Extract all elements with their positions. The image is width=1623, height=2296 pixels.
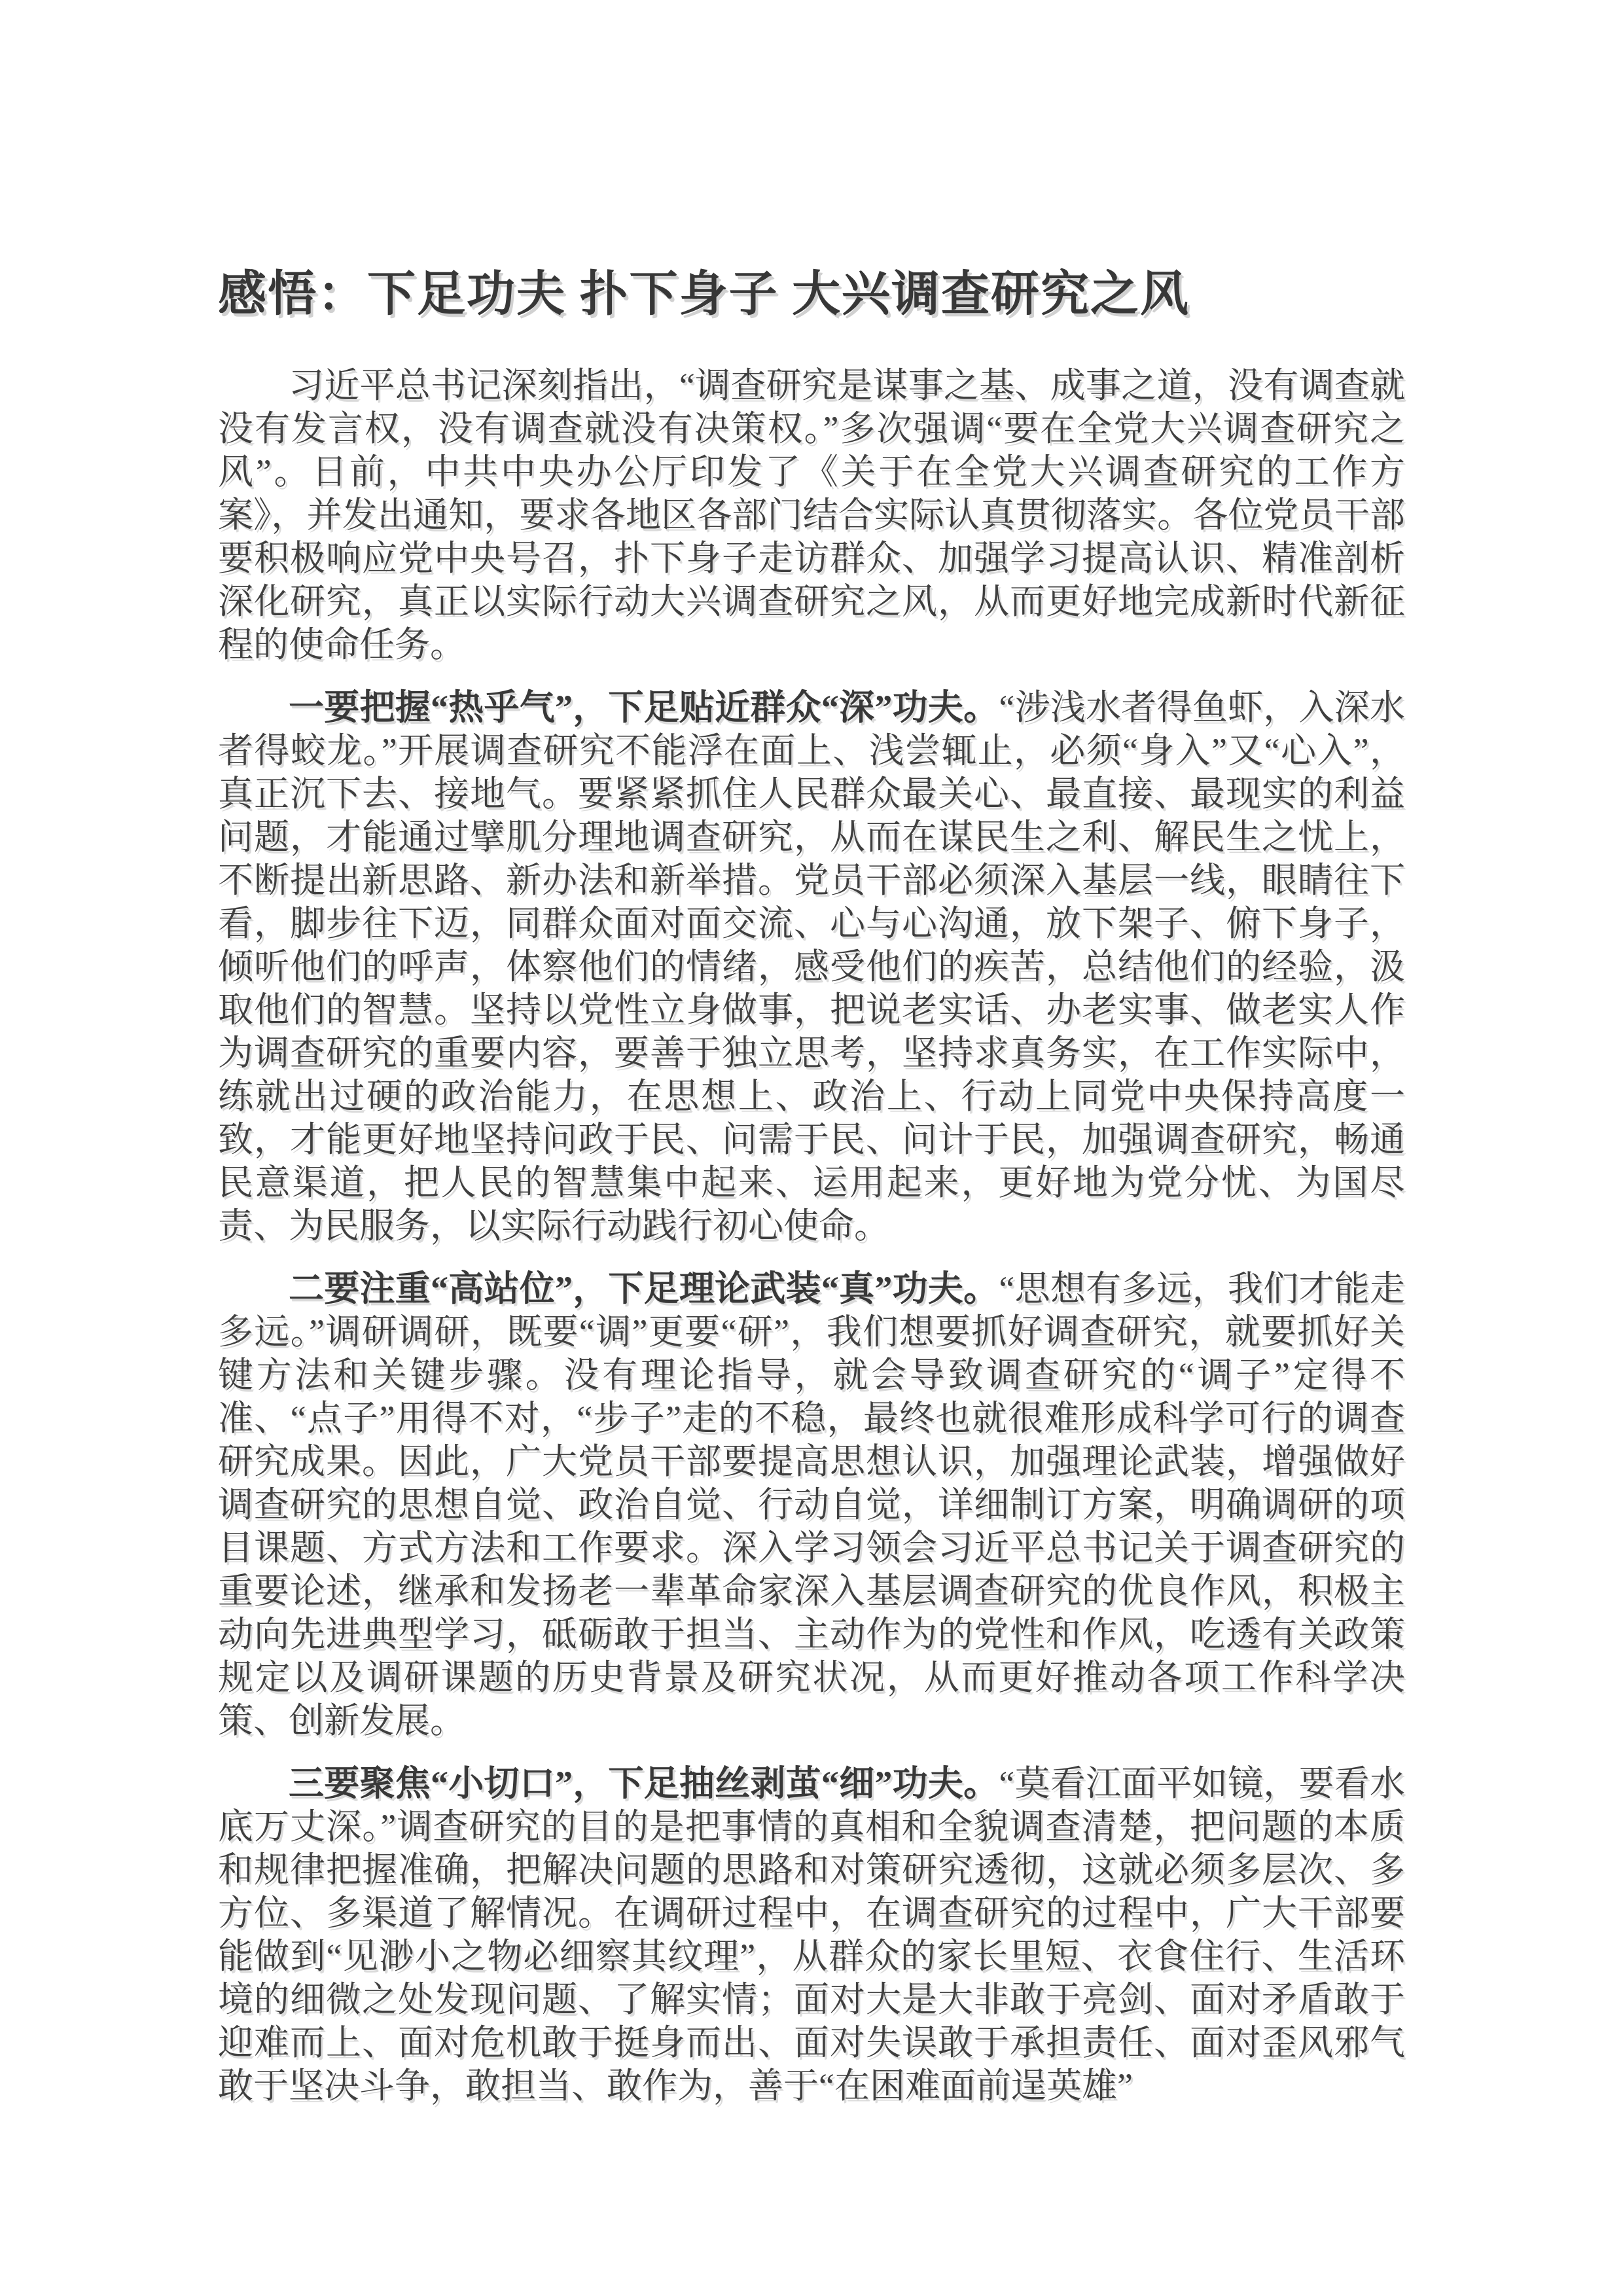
paragraph-point-2-lead: 二要注重“高站位”，下足理论武装“真”功夫。 bbox=[289, 1269, 999, 1308]
paragraph-point-3-lead: 三要聚焦“小切口”，下足抽丝剥茧“细”功夫。 bbox=[289, 1764, 999, 1803]
paragraph-point-2-body: “思想有多远，我们才能走多远。”调研调研，既要“调”更要“研”，我们想要抓好调查… bbox=[218, 1269, 1405, 1740]
paragraph-point-3: 三要聚焦“小切口”，下足抽丝剥茧“细”功夫。“莫看江面平如镜，要看水底万丈深。”… bbox=[218, 1762, 1405, 2108]
paragraph-point-1-body: “涉浅水者得鱼虾，入深水者得蛟龙。”开展调查研究不能浮在面上、浅尝辄止，必须“身… bbox=[218, 688, 1405, 1246]
paragraph-point-2: 二要注重“高站位”，下足理论武装“真”功夫。“思想有多远，我们才能走多远。”调研… bbox=[218, 1267, 1405, 1742]
document-title: 感悟：下足功夫 扑下身子 大兴调查研究之风 bbox=[218, 267, 1405, 322]
paragraph-intro: 习近平总书记深刻指出，“调查研究是谋事之基、成事之道，没有调查就没有发言权，没有… bbox=[218, 364, 1405, 666]
paragraph-point-1: 一要把握“热乎气”，下足贴近群众“深”功夫。“涉浅水者得鱼虾，入深水者得蛟龙。”… bbox=[218, 686, 1405, 1247]
document-content: 感悟：下足功夫 扑下身子 大兴调查研究之风 习近平总书记深刻指出，“调查研究是谋… bbox=[0, 0, 1623, 2108]
document-page: 感悟：下足功夫 扑下身子 大兴调查研究之风 习近平总书记深刻指出，“调查研究是谋… bbox=[0, 0, 1623, 2296]
paragraph-intro-body: 习近平总书记深刻指出，“调查研究是谋事之基、成事之道，没有调查就没有发言权，没有… bbox=[218, 366, 1405, 664]
paragraph-point-3-body: “莫看江面平如镜，要看水底万丈深。”调查研究的目的是把事情的真相和全貌调查清楚，… bbox=[218, 1764, 1405, 2106]
paragraph-point-1-lead: 一要把握“热乎气”，下足贴近群众“深”功夫。 bbox=[289, 688, 999, 727]
